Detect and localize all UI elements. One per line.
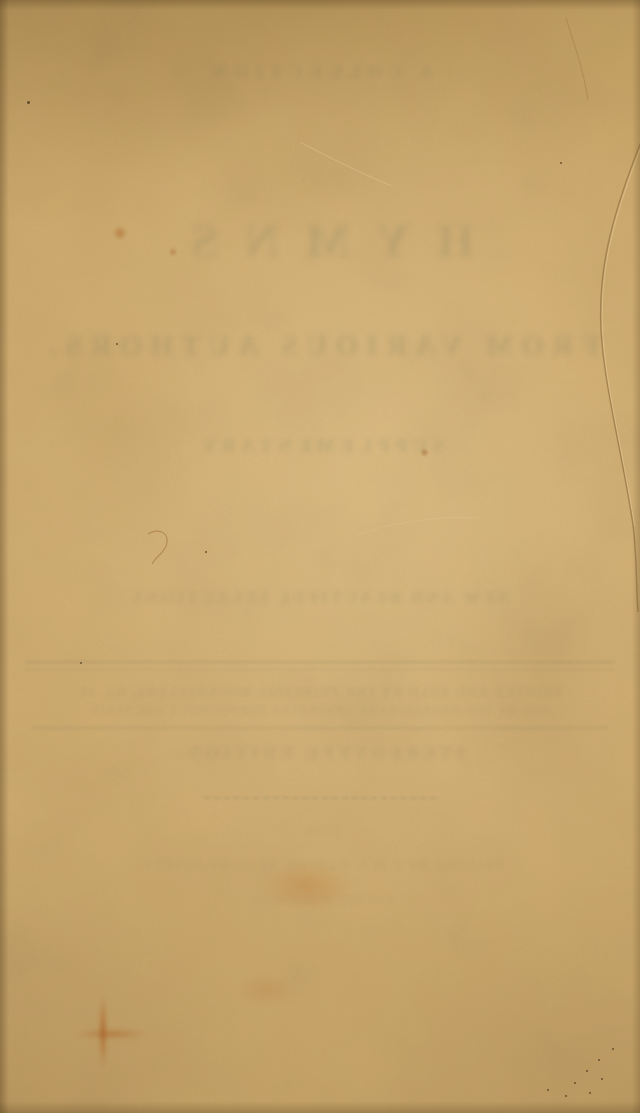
- paper-mottle-patch: [430, 520, 640, 840]
- page-edge-top: [0, 0, 640, 10]
- mottle-texture: [0, 0, 640, 1113]
- paper-texture-layer: [0, 0, 640, 1113]
- bleedthrough-authors-line: FROM VARIOUS AUTHORS.: [0, 331, 640, 363]
- foxing-speck: [116, 343, 118, 345]
- right-edge-crease: [601, 142, 640, 612]
- paper-mottle-patch: [180, 120, 440, 240]
- right-edge-crease-highlight: [602, 143, 640, 526]
- foxing-speck: [547, 1089, 549, 1091]
- bleedthrough-rule-single: [32, 727, 608, 729]
- page-edge-bottom: [0, 1101, 640, 1113]
- bleedthrough-imprint-line-1: PRINTED AND SOLD BY THE PRINCIPAL BOOKSE…: [0, 684, 640, 700]
- top-right-crease: [566, 18, 588, 100]
- bleedthrough-printer-line: PRINTED BY J. & J. HARPER, 82 CLIFF-STRE…: [0, 857, 640, 873]
- bleedthrough-year-line: 1834.: [0, 823, 640, 839]
- foxing-speck: [586, 1070, 588, 1072]
- rust-spot: [420, 448, 429, 457]
- rust-spot: [168, 248, 178, 256]
- bleedthrough-title-line: HYMNS: [0, 214, 640, 269]
- foxing-speck: [574, 1082, 576, 1084]
- hook-mark: [148, 531, 167, 564]
- bleedthrough-selection-line: NEW AND BEAUTIFUL SELECTIONS: [0, 588, 640, 608]
- bleedthrough-edition-line: STEREOTYPE EDITION.: [0, 743, 640, 763]
- foxing-speck: [589, 1092, 591, 1094]
- rust-stain-vertical: [96, 985, 110, 1089]
- scratch-line: [358, 517, 478, 535]
- page-edge-right: [632, 0, 640, 1113]
- scratch-line: [300, 142, 392, 186]
- scanned-book-page: A COLLECTION HYMNS FROM VARIOUS AUTHORS.…: [0, 0, 640, 1113]
- paper-mottle-patch: [40, 300, 200, 560]
- crease-scratch-layer: [0, 0, 640, 1113]
- foxing-speck: [601, 1078, 603, 1080]
- foxing-speck: [565, 1095, 567, 1097]
- foxing-speck: [598, 1059, 600, 1061]
- bleedthrough-rule-double-bottom: [26, 669, 614, 670]
- foxing-speck: [612, 1048, 614, 1050]
- foxing-speck: [560, 162, 562, 164]
- page-edge-left: [0, 0, 9, 1113]
- bleedthrough-rule-double-top: [26, 661, 614, 663]
- foxing-speck: [205, 551, 207, 553]
- rust-spot: [112, 226, 128, 240]
- rust-stain-horizontal: [60, 1026, 160, 1042]
- bleedthrough-supplementary-line: SUPPLEMENTARY: [0, 436, 640, 458]
- grain-texture: [0, 0, 640, 1113]
- foxing-speck: [80, 662, 82, 664]
- bleedthrough-collection-line: A COLLECTION: [0, 62, 640, 82]
- bleedthrough-publisher-line: FOR THE PUBLISHERS.: [0, 893, 640, 908]
- bleedthrough-imprint-line-2: AND BY THE BOOKSELLERS GENERALLY THROUGH…: [0, 703, 640, 718]
- foxing-speck: [27, 101, 30, 104]
- rust-smudge: [262, 862, 352, 910]
- bleedthrough-rule-dashed: [204, 797, 436, 799]
- rust-smudge: [236, 975, 296, 1005]
